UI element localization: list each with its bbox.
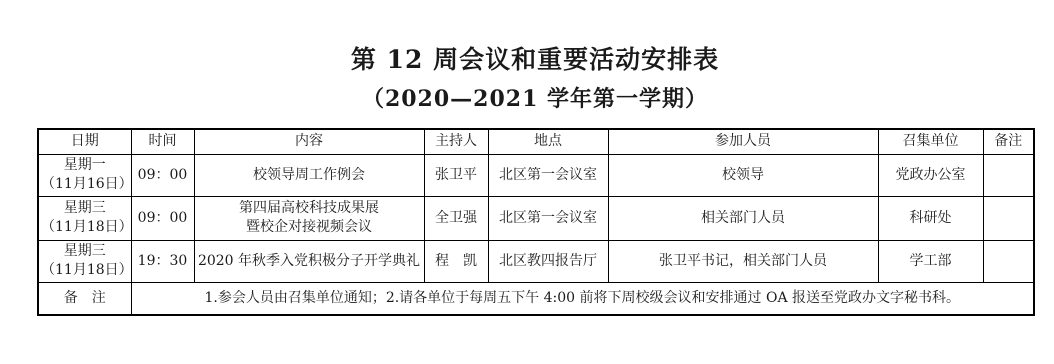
schedule-table: 日期 时间 内容 主持人 地点 参加人员 召集单位 备注 星期一 （11月16日…: [37, 128, 1035, 316]
table-row: 星期三 （11月18日） 09：00 第四届高校科技成果展 暨校企对接视频会议 …: [38, 196, 1034, 240]
cell-location: 北区第一会议室: [488, 154, 608, 196]
table-row: 星期三 （11月18日） 19：30 2020 年秋季入党积极分子开学典礼 程 …: [38, 240, 1034, 282]
page-title: 第 12 周会议和重要活动安排表: [37, 0, 1033, 74]
col-header-unit: 召集单位: [878, 129, 983, 154]
cell-time: 09：00: [131, 154, 194, 196]
cell-location: 北区第一会议室: [488, 196, 608, 240]
cell-note: [983, 154, 1034, 196]
table-row: 星期一 （11月16日） 09：00 校领导周工作例会 张卫平 北区第一会议室 …: [38, 154, 1034, 196]
cell-host: 全卫强: [424, 196, 488, 240]
cell-host: 程 凯: [424, 240, 488, 282]
col-header-time: 时间: [131, 129, 194, 154]
document: 第 12 周会议和重要活动安排表 （2020—2021 学年第一学期） 日期 时…: [37, 0, 1033, 316]
col-header-host: 主持人: [424, 129, 488, 154]
remark-row: 备 注 1.参会人员由召集单位通知；2.请各单位于每周五下午 4:00 前将下周…: [38, 282, 1034, 315]
cell-date: 星期三 （11月18日）: [38, 240, 131, 282]
cell-unit: 党政办公室: [878, 154, 983, 196]
cell-content: 第四届高校科技成果展 暨校企对接视频会议: [194, 196, 424, 240]
cell-time: 19：30: [131, 240, 194, 282]
cell-note: [983, 240, 1034, 282]
col-header-date: 日期: [38, 129, 131, 154]
remark-text: 1.参会人员由召集单位通知；2.请各单位于每周五下午 4:00 前将下周校级会议…: [131, 282, 1034, 315]
page-subtitle: （2020—2021 学年第一学期）: [37, 86, 1033, 112]
cell-participants: 相关部门人员: [608, 196, 878, 240]
cell-note: [983, 196, 1034, 240]
cell-time: 09：00: [131, 196, 194, 240]
col-header-location: 地点: [488, 129, 608, 154]
cell-date: 星期三 （11月18日）: [38, 196, 131, 240]
col-header-content: 内容: [194, 129, 424, 154]
cell-unit: 学工部: [878, 240, 983, 282]
col-header-participants: 参加人员: [608, 129, 878, 154]
cell-location: 北区教四报告厅: [488, 240, 608, 282]
cell-content: 校领导周工作例会: [194, 154, 424, 196]
remark-label: 备 注: [38, 282, 131, 315]
cell-host: 张卫平: [424, 154, 488, 196]
header-row: 日期 时间 内容 主持人 地点 参加人员 召集单位 备注: [38, 129, 1034, 154]
cell-participants: 校领导: [608, 154, 878, 196]
cell-participants: 张卫平书记，相关部门人员: [608, 240, 878, 282]
col-header-note: 备注: [983, 129, 1034, 154]
cell-date: 星期一 （11月16日）: [38, 154, 131, 196]
cell-content: 2020 年秋季入党积极分子开学典礼: [194, 240, 424, 282]
cell-unit: 科研处: [878, 196, 983, 240]
